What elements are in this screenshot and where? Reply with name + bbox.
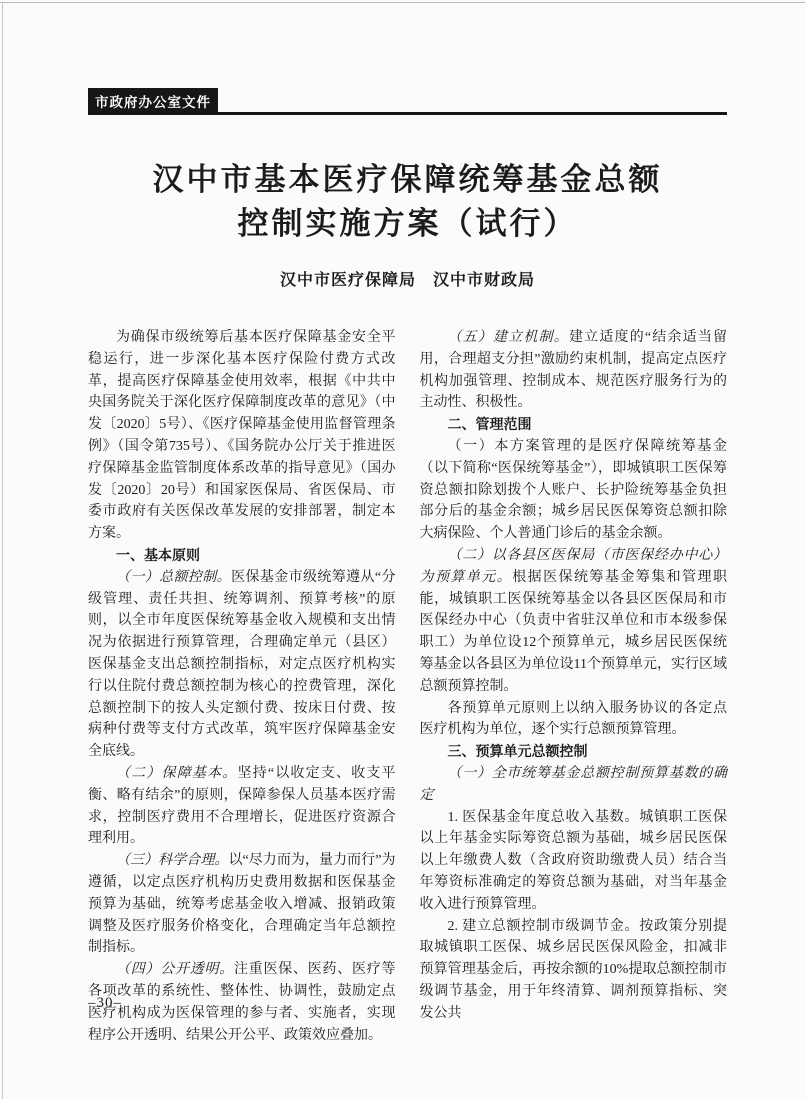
title-line-1: 汉中市基本医疗保障统筹基金总额: [153, 162, 663, 197]
principle-item-2: （二）保障基本。坚持“以收定支、收支平衡、略有结余”的原则，保障参保人员基本医疗…: [88, 763, 396, 850]
scope-item-3: 各预算单元原则上以纳入服务协议的各定点医疗机构为单位，逐个实行总额预算管理。: [420, 698, 728, 742]
principle-item-2-lead: （二）保障基本。: [116, 766, 237, 781]
principle-item-5: （五）建立机制。建立适度的“结余适当留用，合理超支分担”激励约束机制，提高定点医…: [420, 327, 728, 414]
principle-item-1: （一）总额控制。医保基金市级统筹遵从“分级管理、责任共担、统筹调剂、预算考核”的…: [88, 567, 396, 763]
title-line-2: 控制实施方案（试行）: [238, 206, 578, 241]
principle-item-3-lead: （三）科学合理。: [116, 853, 228, 868]
budget-item-2: 2. 建立总额控制市级调节金。按政策分别提取城镇职工医保、城乡居民医保风险金，扣…: [420, 916, 728, 1025]
section-heading-2: 二、管理范围: [420, 414, 728, 436]
page-number: –30–: [88, 995, 122, 1012]
right-column: （五）建立机制。建立适度的“结余适当留用，合理超支分担”激励约束机制，提高定点医…: [420, 327, 728, 1046]
principle-item-1-text: 医保基金市级统筹遵从“分级管理、责任共担、统筹调剂、预算考核”的原则，以全市年度…: [88, 570, 396, 759]
document-header: 市政府办公室文件: [88, 88, 727, 115]
document-title: 汉中市基本医疗保障统筹基金总额控制实施方案（试行）: [88, 158, 727, 246]
budget-item-1: 1. 医保基金年度总收入基数。城镇职工医保以上年基金实际筹资总额为基础，城乡居民…: [420, 807, 728, 916]
principle-item-3: （三）科学合理。以“尽力而为，量力而行”为遵循，以定点医疗机构历史费用数据和医保…: [88, 850, 396, 959]
doc-type-label: 市政府办公室文件: [88, 88, 218, 115]
subsection-heading-1: （一）全市统筹基金总额控制预算基数的确定: [420, 763, 728, 807]
scope-item-2-text: 根据医保统筹基金筹集和管理职能，城镇职工医保统筹基金以各县区医保局和市医保经办中…: [420, 570, 728, 694]
scope-item-1: （一）本方案管理的是医疗保障统筹基金（以下简称“医保统筹基金”），即城镇职工医保…: [420, 436, 728, 545]
principle-item-5-lead: （五）建立机制。: [448, 330, 569, 345]
principle-item-4-lead: （四）公开透明。: [116, 962, 234, 977]
intro-paragraph: 为确保市级统筹后基本医疗保障基金安全平稳运行，进一步深化基本医疗保险付费方式改革…: [88, 327, 396, 545]
principle-item-1-lead: （一）总额控制。: [116, 570, 231, 585]
section-heading-3: 三、预算单元总额控制: [420, 741, 728, 763]
document-page: 市政府办公室文件 汉中市基本医疗保障统筹基金总额控制实施方案（试行） 汉中市医疗…: [0, 0, 805, 1099]
left-column: 为确保市级统筹后基本医疗保障基金安全平稳运行，进一步深化基本医疗保险付费方式改革…: [88, 327, 396, 1046]
section-heading-1: 一、基本原则: [88, 545, 396, 567]
scope-item-2: （二）以各县区医保局（市医保经办中心）为预算单元。根据医保统筹基金筹集和管理职能…: [420, 545, 728, 698]
principle-item-4: （四）公开透明。注重医保、医药、医疗等各项改革的系统性、整体性、协调性，鼓励定点…: [88, 959, 396, 1046]
document-byline: 汉中市医疗保障局 汉中市财政局: [88, 267, 727, 290]
scan-edge-top: [0, 2, 805, 3]
principle-item-3-text: 以“尽力而为，量力而行”为遵循，以定点医疗机构历史费用数据和医保基金预算为基础，…: [88, 853, 396, 955]
body-columns: 为确保市级统筹后基本医疗保障基金安全平稳运行，进一步深化基本医疗保险付费方式改革…: [88, 327, 727, 1046]
